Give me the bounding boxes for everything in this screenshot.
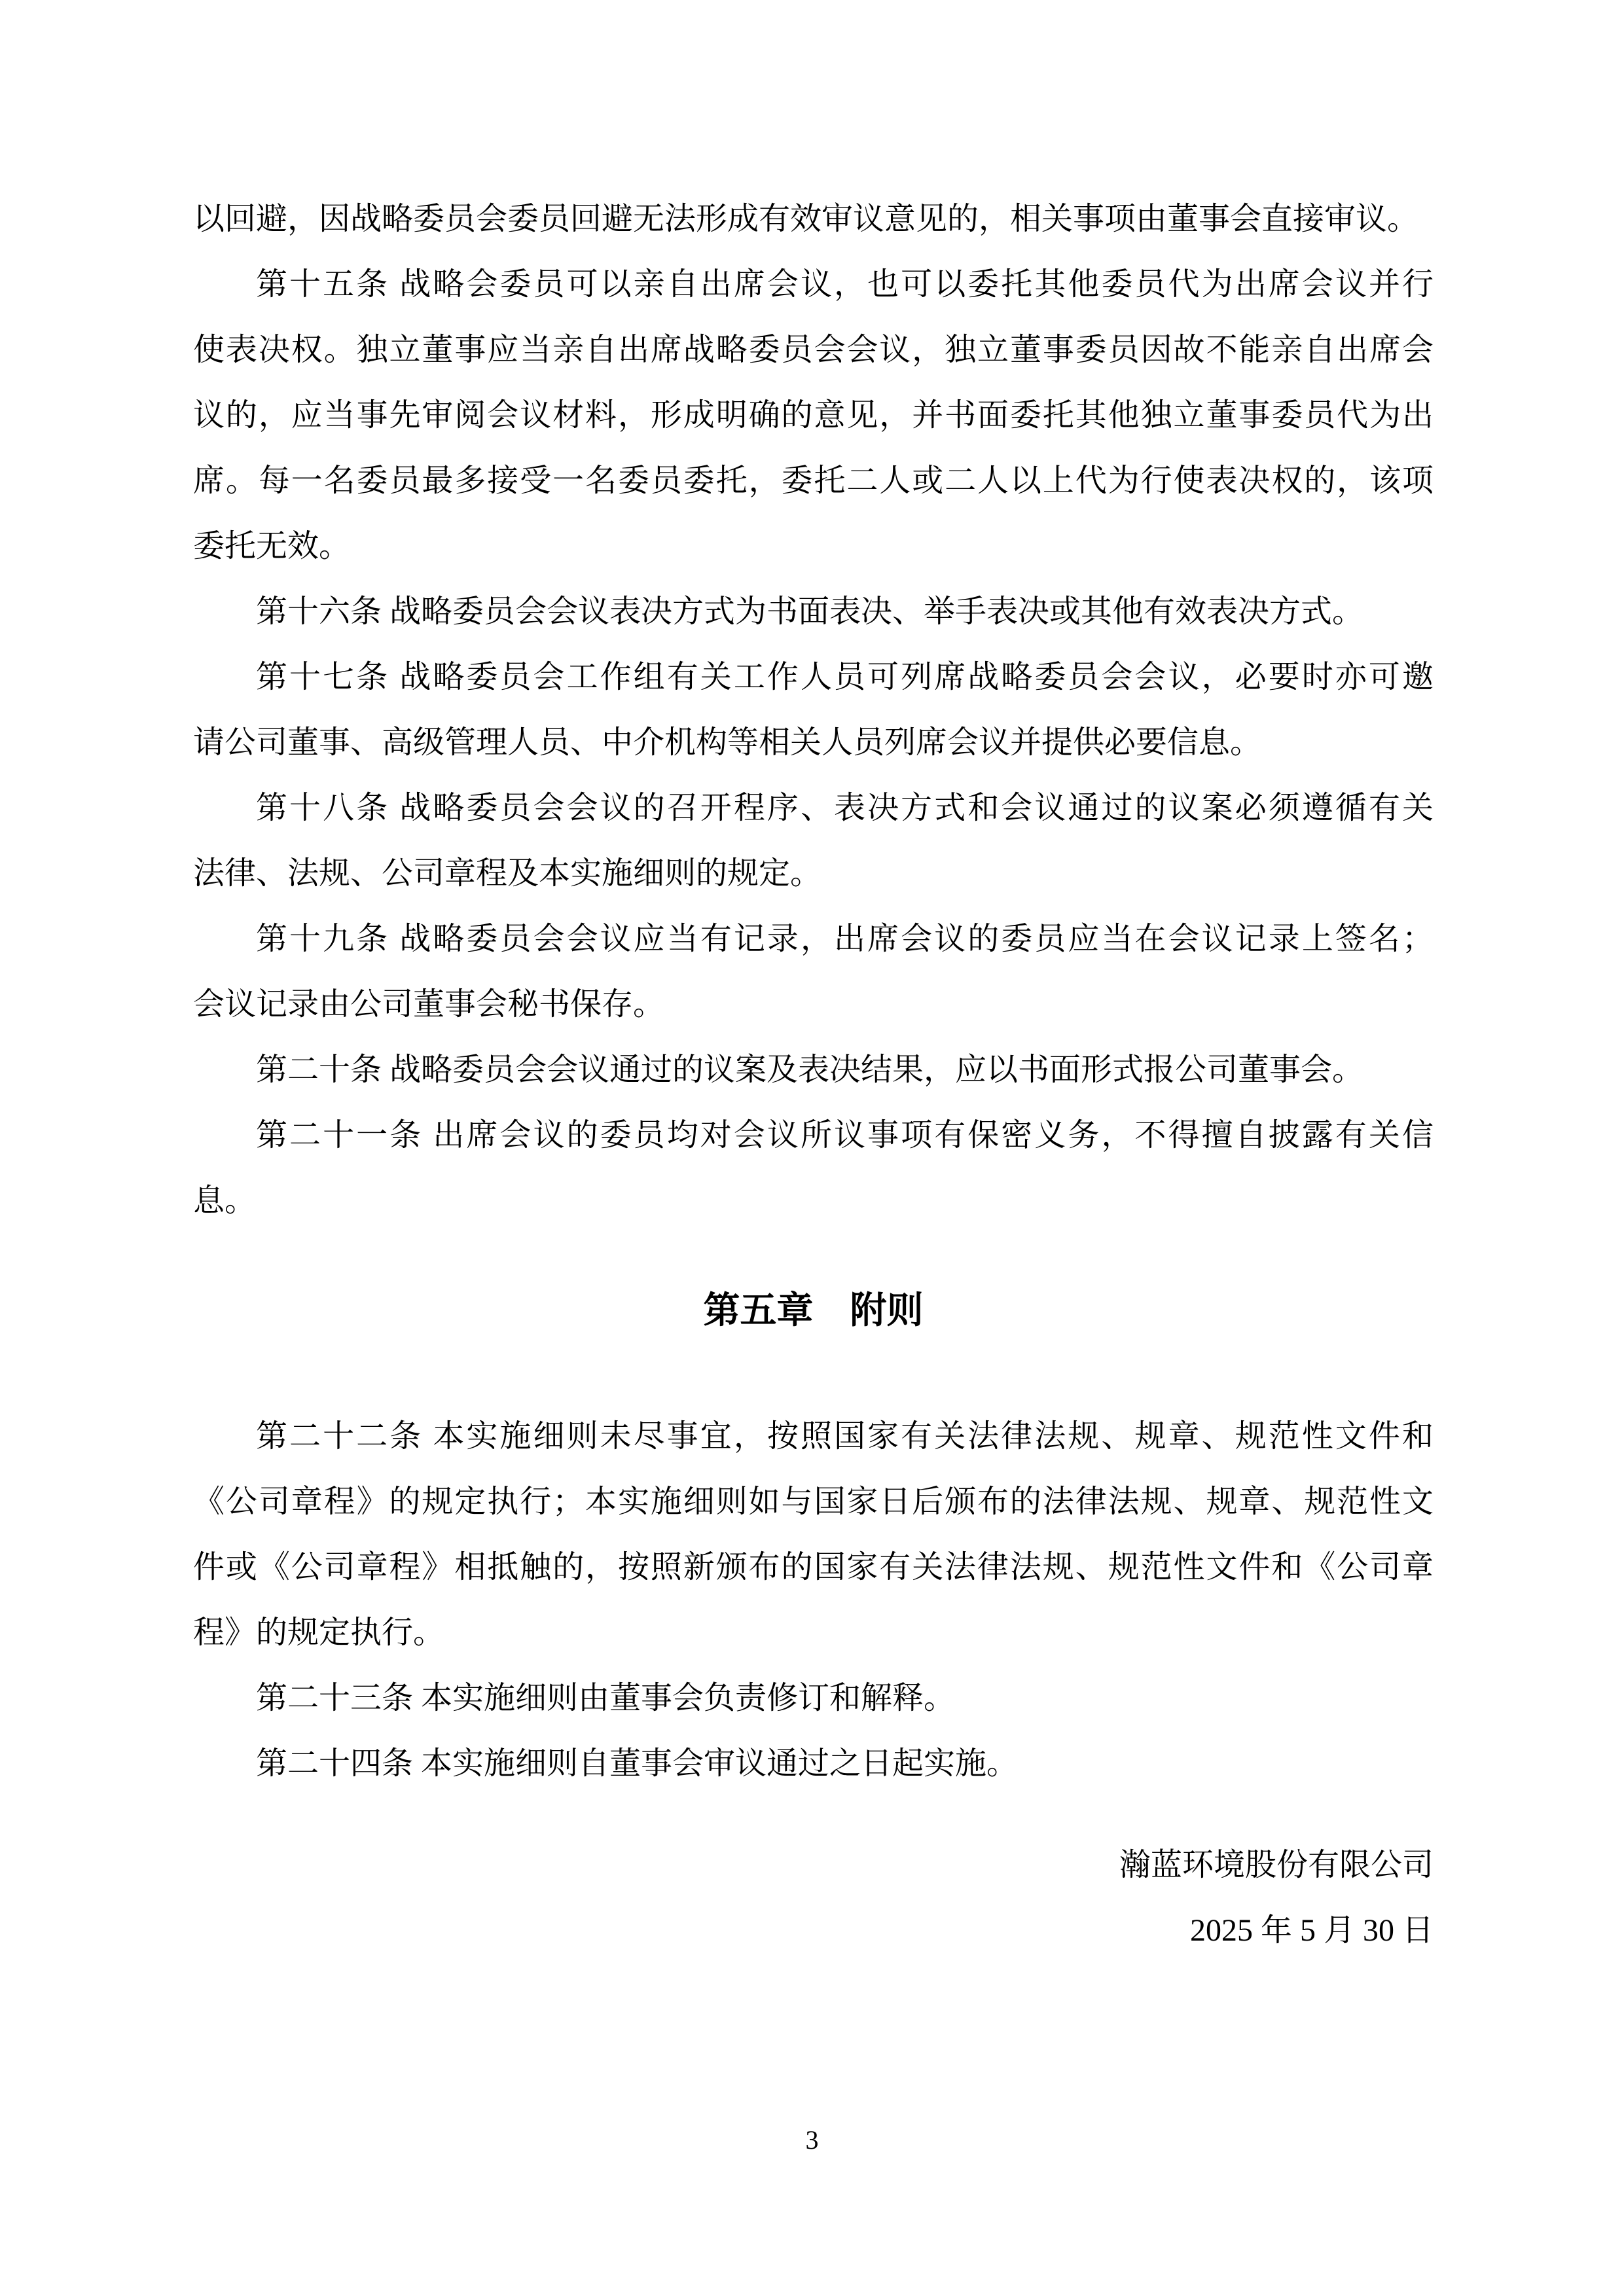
text-line: 第二十二条 本实施细则未尽事宜，按照国家有关法律法规、规章、规范性文件和 xyxy=(193,1404,1434,1469)
text-line: 议的，应当事先审阅会议材料，形成明确的意见，并书面委托其他独立董事委员代为出 xyxy=(193,383,1434,448)
text-line: 第二十一条 出席会议的委员均对会议所议事项有保密义务，不得擅自披露有关信 xyxy=(193,1103,1434,1168)
text-line: 席。每一名委员最多接受一名委员委托，委托二人或二人以上代为行使表决权的，该项 xyxy=(193,448,1434,514)
signature-company: 瀚蓝环境股份有限公司 xyxy=(193,1833,1434,1898)
text-line: 会议记录由公司董事会秘书保存。 xyxy=(193,972,1434,1037)
text-line: 程》的规定执行。 xyxy=(193,1600,1434,1666)
document-content: 以回避，因战略委员会委员回避无法形成有效审议意见的，相关事项由董事会直接审议。第… xyxy=(193,187,1434,1964)
text-line: 第十五条 战略会委员可以亲自出席会议，也可以委托其他委员代为出席会议并行 xyxy=(193,252,1434,317)
text-line: 请公司董事、高级管理人员、中介机构等相关人员列席会议并提供必要信息。 xyxy=(193,710,1434,776)
closing-lines: 第二十二条 本实施细则未尽事宜，按照国家有关法律法规、规章、规范性文件和《公司章… xyxy=(193,1404,1434,1797)
text-line: 法律、法规、公司章程及本实施细则的规定。 xyxy=(193,841,1434,906)
text-line: 第二十四条 本实施细则自董事会审议通过之日起实施。 xyxy=(193,1731,1434,1797)
text-line: 委托无效。 xyxy=(193,514,1434,579)
text-line: 第十九条 战略委员会会议应当有记录，出席会议的委员应当在会议记录上签名； xyxy=(193,906,1434,972)
text-line: 第十六条 战略委员会会议表决方式为书面表决、举手表决或其他有效表决方式。 xyxy=(193,579,1434,645)
text-line: 第二十条 战略委员会会议通过的议案及表决结果，应以书面形式报公司董事会。 xyxy=(193,1037,1434,1103)
body-lines: 以回避，因战略委员会委员回避无法形成有效审议意见的，相关事项由董事会直接审议。第… xyxy=(193,187,1434,1234)
chapter-heading: 第五章 附则 xyxy=(193,1278,1434,1344)
text-line: 第十七条 战略委员会工作组有关工作人员可列席战略委员会会议，必要时亦可邀 xyxy=(193,645,1434,710)
document-page: 以回避，因战略委员会委员回避无法形成有效审议意见的，相关事项由董事会直接审议。第… xyxy=(0,0,1624,2296)
text-line: 件或《公司章程》相抵触的，按照新颁布的国家有关法律法规、规范性文件和《公司章 xyxy=(193,1535,1434,1600)
text-line: 第十八条 战略委员会会议的召开程序、表决方式和会议通过的议案必须遵循有关 xyxy=(193,776,1434,841)
signature-block: 瀚蓝环境股份有限公司 2025 年 5 月 30 日 xyxy=(193,1833,1434,1964)
text-line: 《公司章程》的规定执行；本实施细则如与国家日后颁布的法律法规、规章、规范性文 xyxy=(193,1469,1434,1535)
text-line: 使表决权。独立董事应当亲自出席战略委员会会议，独立董事委员因故不能亲自出席会 xyxy=(193,317,1434,383)
text-line: 第二十三条 本实施细则由董事会负责修订和解释。 xyxy=(193,1666,1434,1731)
page-number: 3 xyxy=(0,2121,1624,2160)
text-line: 以回避，因战略委员会委员回避无法形成有效审议意见的，相关事项由董事会直接审议。 xyxy=(193,187,1434,252)
signature-date: 2025 年 5 月 30 日 xyxy=(193,1898,1434,1964)
text-line: 息。 xyxy=(193,1168,1434,1234)
